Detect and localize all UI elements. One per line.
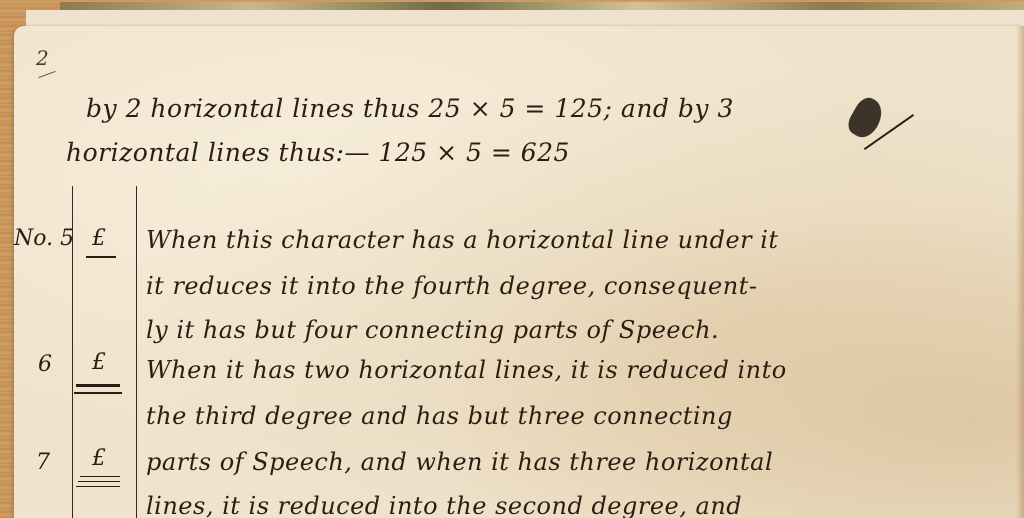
entry-symbol: £ bbox=[92, 226, 106, 251]
entry-5-line-3: ly it has but four connecting parts of S… bbox=[146, 316, 719, 344]
entry-6-line-2: the third degree and has but three conne… bbox=[146, 402, 733, 430]
symbol-underline bbox=[74, 392, 122, 394]
symbol-underline bbox=[80, 476, 120, 477]
entry-number: No. 5 bbox=[14, 226, 74, 251]
entry-5-line-2: it reduces it into the fourth degree, co… bbox=[146, 272, 757, 300]
entry-symbol: £ bbox=[92, 350, 106, 375]
intro-line-1: by 2 horizontal lines thus 25 × 5 = 125;… bbox=[86, 94, 734, 123]
entry-7-line-2: lines, it is reduced into the second deg… bbox=[146, 492, 742, 518]
page-edge-shadow bbox=[1016, 26, 1024, 518]
page-number-underline bbox=[38, 71, 55, 78]
symbol-underline bbox=[86, 256, 116, 258]
entry-symbol: £ bbox=[92, 446, 106, 471]
entry-number: 7 bbox=[36, 450, 50, 475]
symbol-underline bbox=[78, 481, 120, 482]
manuscript-page: 2 by 2 horizontal lines thus 25 × 5 = 12… bbox=[14, 26, 1024, 518]
page-number: 2 bbox=[36, 46, 49, 70]
entry-7-line-1: parts of Speech, and when it has three h… bbox=[146, 448, 773, 476]
entry-6-line-1: When it has two horizontal lines, it is … bbox=[146, 356, 787, 384]
entry-5-line-1: When this character has a horizontal lin… bbox=[146, 226, 779, 254]
entry-number: 6 bbox=[38, 352, 52, 377]
intro-line-2: horizontal lines thus:— 125 × 5 = 625 bbox=[66, 138, 570, 167]
symbol-underline bbox=[76, 384, 120, 387]
symbol-underline bbox=[76, 486, 120, 487]
column-rule-right bbox=[136, 186, 137, 518]
